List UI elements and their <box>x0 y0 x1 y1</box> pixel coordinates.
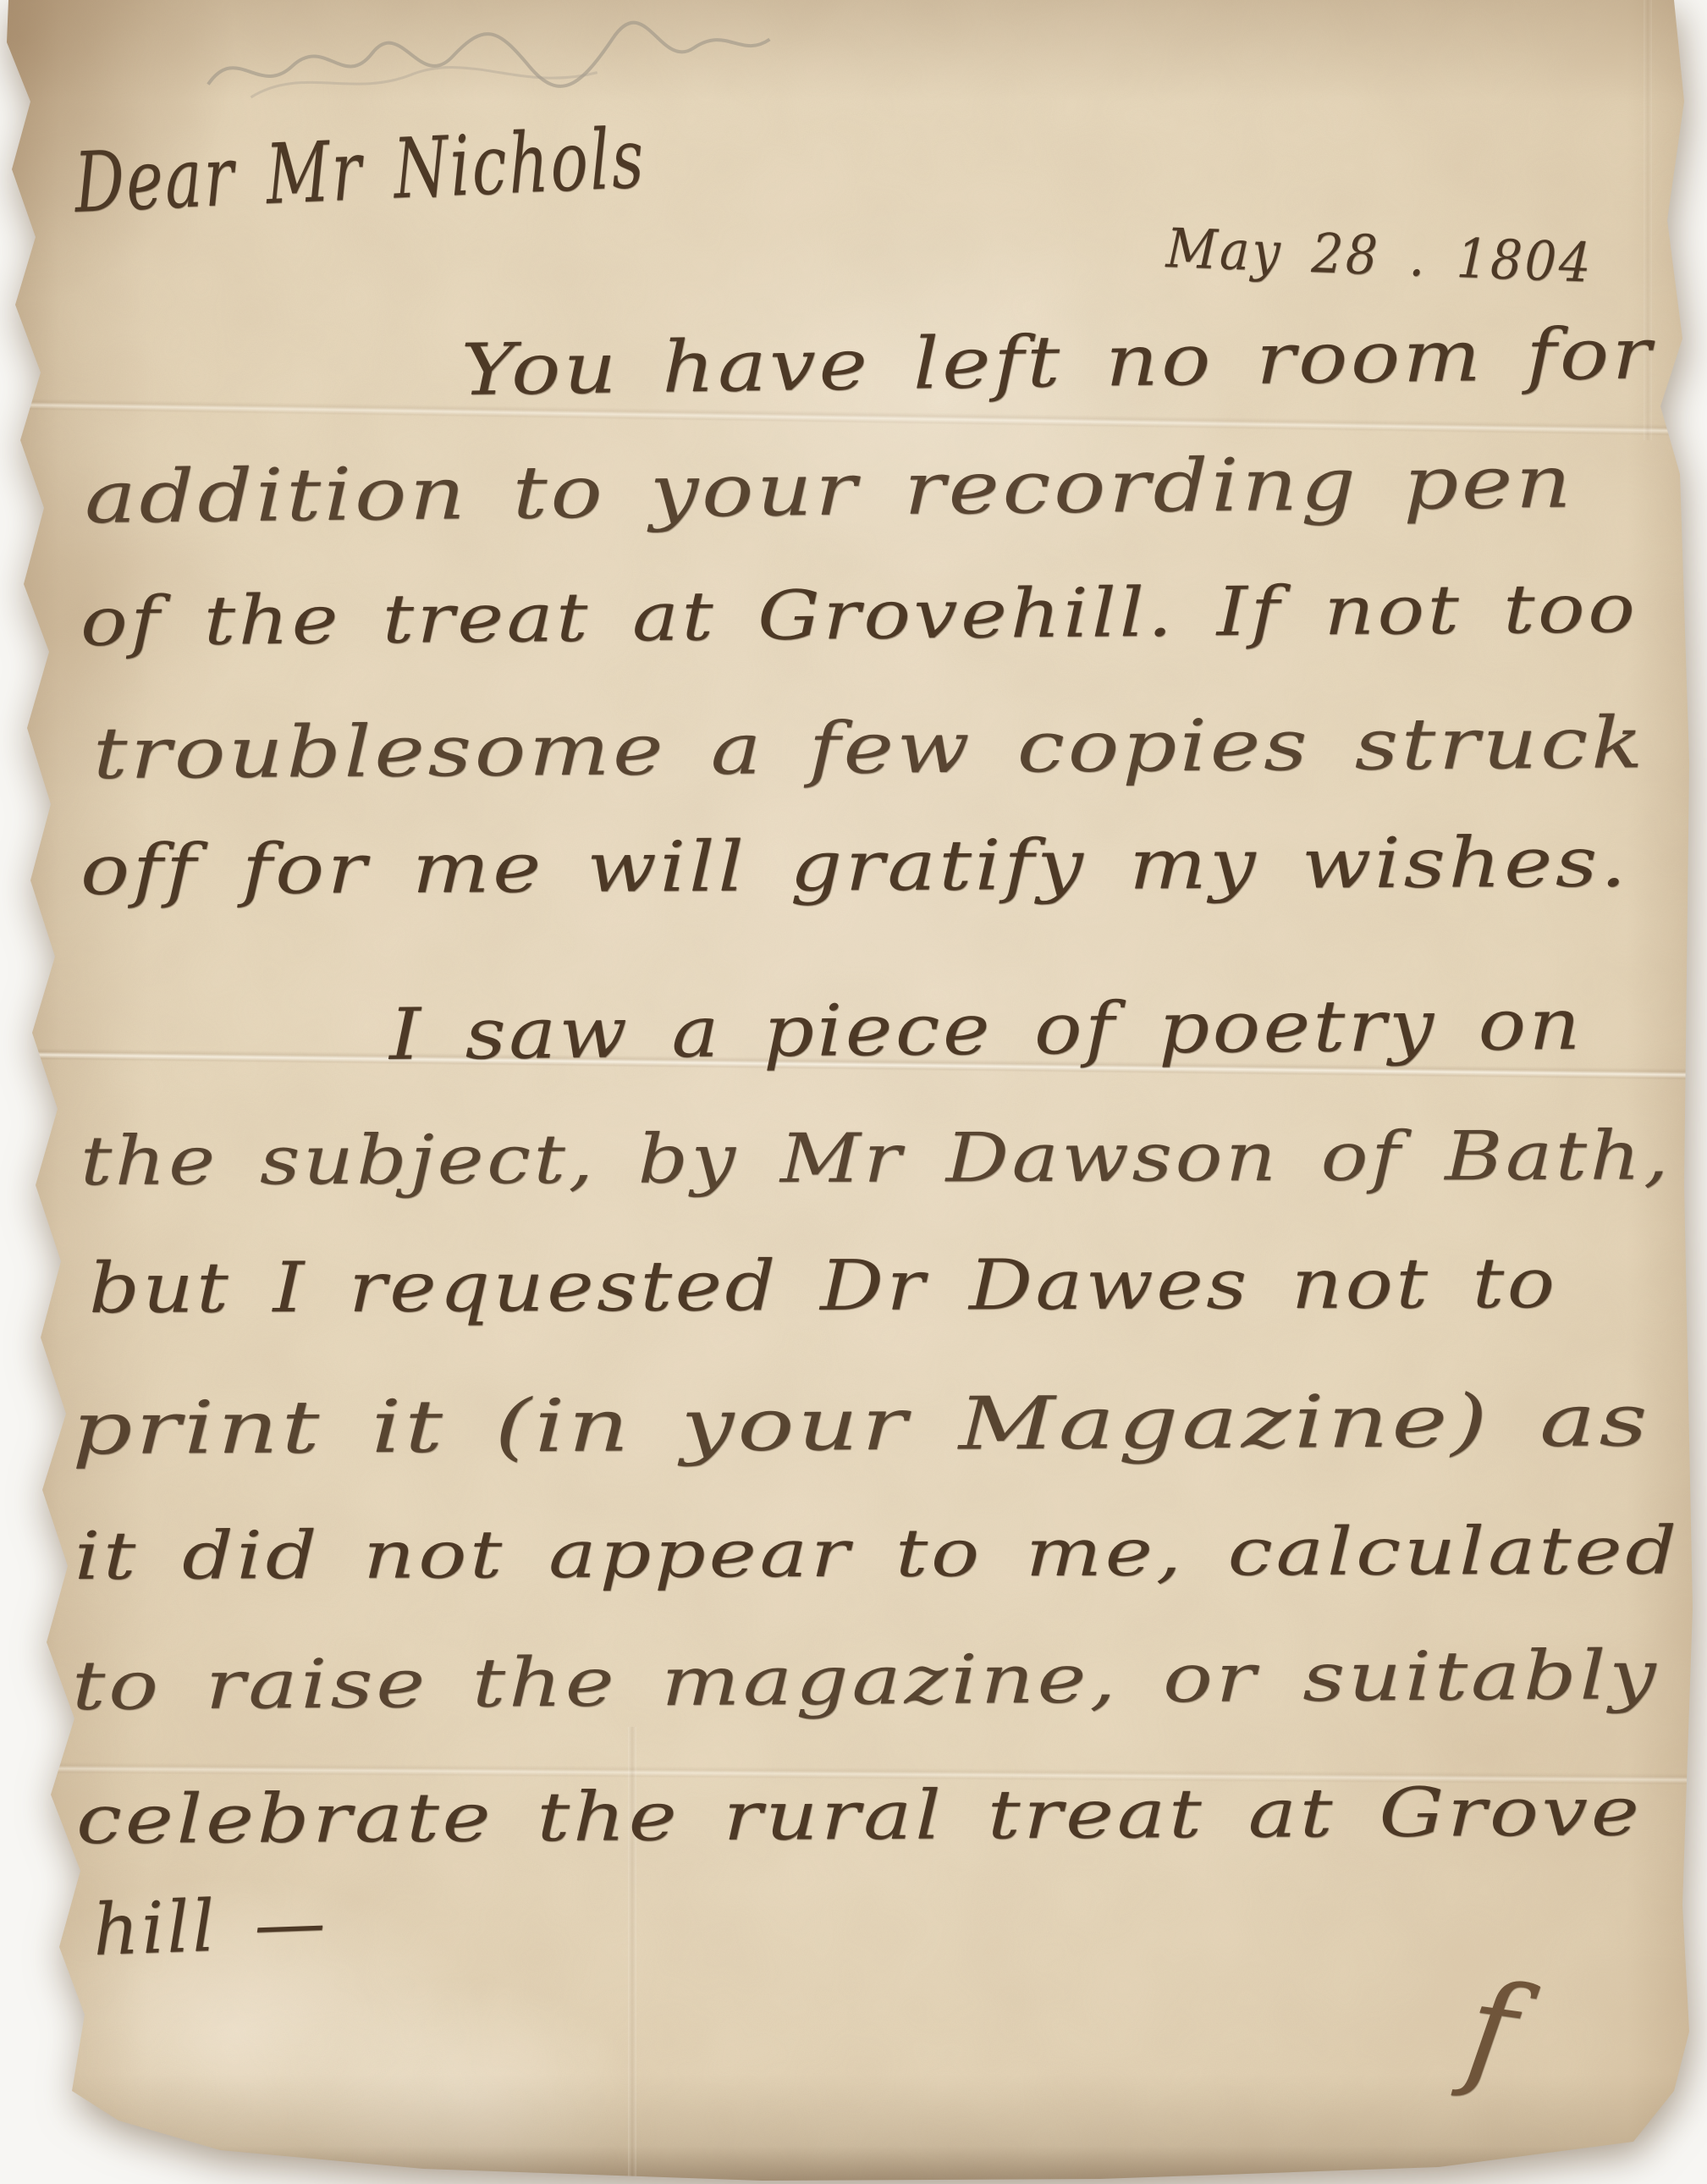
letter-line-10: it did not appear to me, calculated <box>74 1518 1680 1590</box>
letter-line-4: troublesome a few copies struck <box>93 707 1646 789</box>
letter-paper-wrap: Dear Mr Nichols May 28 . 1804 You have l… <box>0 0 1707 2184</box>
letter-line-1: You have left no room for <box>460 317 1655 405</box>
letter-line-11: to raise the magazine, or suitably <box>72 1641 1660 1720</box>
letter-line-13: hill — <box>92 1886 329 1966</box>
scanned-letter: Dear Mr Nichols May 28 . 1804 You have l… <box>0 0 1707 2184</box>
letter-line-12: celebrate the rural treat at Grove <box>76 1778 1643 1854</box>
salutation-line: Dear Mr Nichols <box>73 118 647 225</box>
letter-line-8: but I requested Dr Dawes not to <box>89 1249 1558 1324</box>
pencil-inscription <box>197 0 785 116</box>
date-line: May 28 . 1804 <box>1165 222 1594 291</box>
letter-line-3: of the treat at Grovehill. If not too <box>80 575 1638 656</box>
letter-line-7: the subject, by Mr Dawson of Bath, <box>80 1122 1671 1195</box>
letter-line-5: off for me will gratify my wishes. <box>80 828 1629 906</box>
letter-line-6: I saw a piece of poetry on <box>389 989 1583 1070</box>
letter-line-2: addition to your recording pen <box>85 446 1575 534</box>
letter-paper: Dear Mr Nichols May 28 . 1804 You have l… <box>0 0 1707 2184</box>
letter-line-9: print it (in your Magazine) as <box>72 1384 1651 1465</box>
